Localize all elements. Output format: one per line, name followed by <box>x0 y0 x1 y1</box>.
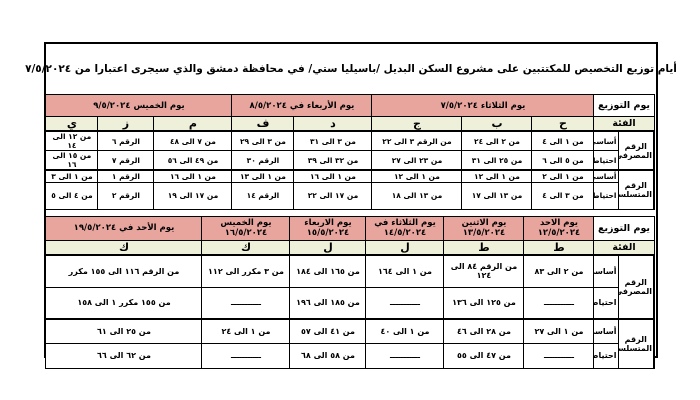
t1-bank-basic-1: من ٢ الى ٢٤ <box>462 131 532 151</box>
t2-category-4: ك <box>202 240 290 255</box>
t2-bank-basic-2: من ١ الى ١٦٤ <box>366 255 444 287</box>
t2-day-thursday: يوم الخميس ١٦/٥/٢٠٢٤ <box>202 216 290 240</box>
t1-bank-reserve-1: من ٢٥ الى ٣١ <box>462 151 532 171</box>
t1-bank-number-label: الرقم المصرفي <box>618 131 654 170</box>
t1-serial-basic-7: من ١ الى ٣ <box>46 170 98 182</box>
t1-serial-reserve-label: احتياط <box>594 182 618 209</box>
t1-day-wednesday: يوم الأربعاء في ٨/٥/٢٠٢٤ <box>232 95 372 117</box>
t2-category-3: ل <box>290 240 366 255</box>
t2-distribution-day-label: يوم التوزيع <box>594 216 654 240</box>
t1-bank-basic-7: من ١٢ الى ١٤ <box>46 131 98 151</box>
t2-day-monday: يوم الاثنين ١٣/٥/٢٠٢٤ <box>444 216 524 240</box>
t1-bank-basic-6: الرقم ٦ <box>98 131 154 151</box>
t2-bank-reserve-label: احتياط <box>594 287 618 319</box>
t2-category-row: الفئة ط ط ل ل ك ك <box>46 240 654 255</box>
t1-serial-basic-0: من ١ الى ٢ <box>532 170 594 182</box>
t2-serial-basic-5: من ٢٥ الى ٦١ <box>46 319 202 343</box>
scanned-document-page: أيام توزيع التخصيص للمكتتبين على مشروع ا… <box>0 0 700 400</box>
t1-bank-basic-0: من ١ الى ٤ <box>532 131 594 151</box>
t2-category-1: ط <box>444 240 524 255</box>
t2-serial-basic-4: من ١ الى ٢٤ <box>202 319 290 343</box>
t1-bank-reserve-4: الرقم ٣٠ <box>232 151 294 171</box>
t2-serial-reserve-3: من ٥٨ الى ٦٨ <box>290 343 366 368</box>
t1-bank-reserve-5: من ٤٩ الى ٥٦ <box>154 151 232 171</box>
t2-bank-number-label: الرقم المصرفي <box>618 255 654 319</box>
t1-serial-reserve-5: من ١٧ الى ١٩ <box>154 182 232 209</box>
t1-bank-reserve-7: من ١٥ الى ١٦ <box>46 151 98 171</box>
t1-serial-basic-5: من ١ الى ١٦ <box>154 170 232 182</box>
t2-serial-basic-label: أساسي <box>594 319 618 343</box>
page-title: أيام توزيع التخصيص للمكتتبين على مشروع ا… <box>46 44 656 94</box>
t2-serial-basic-1: من ٢٨ الى ٤٦ <box>444 319 524 343</box>
t2-bank-basic-3: من ١٦٥ الى ١٨٤ <box>290 255 366 287</box>
t2-serial-basic-3: من ٤١ الى ٥٧ <box>290 319 366 343</box>
t1-serial-basic-row: الرقم المتسلسل أساسي من ١ الى ٢ من ١ الى… <box>46 170 654 182</box>
t1-serial-basic-2: من ١ الى ١٢ <box>372 170 462 182</box>
t1-bank-reserve-2: من ٢٣ الى ٢٧ <box>372 151 462 171</box>
t2-bank-basic-5: من الرقم ١١٦ الى ١٥٥ مكرر <box>46 255 202 287</box>
t1-category-3: د <box>294 117 372 132</box>
t2-bank-reserve-row: احتياط ـــــــــــ من ١٢٥ الى ١٣٦ ــــــ… <box>46 287 654 319</box>
t1-serial-number-label: الرقم المتسلسل <box>618 170 654 209</box>
t1-serial-reserve-2: من ١٣ الى ١٨ <box>372 182 462 209</box>
distribution-table-week2: يوم التوزيع يوم الاحد ١٢/٥/٢٠٢٤ يوم الاث… <box>45 216 655 369</box>
t1-serial-basic-4: من ١ الى ١٣ <box>232 170 294 182</box>
t1-serial-reserve-7: من ٤ الى ٥ <box>46 182 98 209</box>
t2-bank-basic-row: الرقم المصرفي أساسي من ٢ الى ٨٣ من الرقم… <box>46 255 654 287</box>
t2-category-label: الفئة <box>594 240 654 255</box>
t2-category-5: ك <box>46 240 202 255</box>
t2-serial-basic-row: الرقم المتسلسل أساسي من ١ الى ٢٧ من ٢٨ ا… <box>46 319 654 343</box>
t2-bank-reserve-5: من ١٥٥ مكرر ١ الى ١٥٨ <box>46 287 202 319</box>
t2-serial-reserve-5: من ٦٢ الى ٦٦ <box>46 343 202 368</box>
t2-serial-reserve-1: من ٤٧ الى ٥٥ <box>444 343 524 368</box>
t2-serial-reserve-0: ـــــــــــ <box>524 343 594 368</box>
t2-day-tuesday: يوم الثلاثاء في ١٤/٥/٢٠٢٤ <box>366 216 444 240</box>
t1-serial-reserve-4: الرقم ١٤ <box>232 182 294 209</box>
t1-bank-reserve-0: من ٥ الى ٦ <box>532 151 594 171</box>
t1-bank-basic-4: من ٣ الى ٢٩ <box>232 131 294 151</box>
t2-serial-basic-0: من ١ الى ٢٧ <box>524 319 594 343</box>
t1-serial-reserve-1: من ١٣ الى ١٧ <box>462 182 532 209</box>
t1-category-label: الفئة <box>594 117 654 132</box>
t2-day-wednesday: يوم الاربعاء ١٥/٥/٢٠٢٤ <box>290 216 366 240</box>
t2-bank-basic-0: من ٢ الى ٨٣ <box>524 255 594 287</box>
t2-bank-basic-1: من الرقم ٨٤ الى ١٢٤ <box>444 255 524 287</box>
t1-bank-basic-row: الرقم المصرفي أساسي من ١ الى ٤ من ٢ الى … <box>46 131 654 151</box>
t1-category-4: ف <box>232 117 294 132</box>
t2-bank-basic-label: أساسي <box>594 255 618 287</box>
t1-bank-reserve-label: احتياط <box>594 151 618 171</box>
t1-serial-basic-label: أساسي <box>594 170 618 182</box>
t2-bank-reserve-2: ـــــــــــ <box>366 287 444 319</box>
t2-serial-reserve-2: ـــــــــــ <box>366 343 444 368</box>
t1-bank-basic-label: أساسي <box>594 131 618 151</box>
distribution-table-week1: يوم التوزيع يوم الثلاثاء ٧/٥/٢٠٢٤ يوم ال… <box>45 94 655 210</box>
t1-serial-basic-6: الرقم ١ <box>98 170 154 182</box>
t1-serial-basic-1: من ١ الى ١٢ <box>462 170 532 182</box>
t1-bank-basic-3: من ٣ الى ٣١ <box>294 131 372 151</box>
document-frame: أيام توزيع التخصيص للمكتتبين على مشروع ا… <box>44 42 658 358</box>
t1-serial-reserve-0: من ٣ الى ٤ <box>532 182 594 209</box>
t1-category-7: ي <box>46 117 98 132</box>
t1-serial-reserve-6: الرقم ٢ <box>98 182 154 209</box>
t1-serial-basic-3: من ١ الى ١٦ <box>294 170 372 182</box>
t2-serial-reserve-row: احتياط ـــــــــــ من ٤٧ الى ٥٥ ــــــــ… <box>46 343 654 368</box>
t1-serial-reserve-row: احتياط من ٣ الى ٤ من ١٣ الى ١٧ من ١٣ الى… <box>46 182 654 209</box>
t1-category-1: ب <box>462 117 532 132</box>
t1-category-0: ح <box>532 117 594 132</box>
t1-day-thursday: يوم الخميس ٩/٥/٢٠٢٤ <box>46 95 232 117</box>
t1-category-6: ز <box>98 117 154 132</box>
t2-serial-reserve-4: ـــــــــــ <box>202 343 290 368</box>
t2-category-0: ط <box>524 240 594 255</box>
t2-day-sunday12: يوم الاحد ١٢/٥/٢٠٢٤ <box>524 216 594 240</box>
t2-bank-basic-4: من ٣ مكرر الى ١١٢ <box>202 255 290 287</box>
t1-bank-basic-2: من الرقم ٣ الى ٢٢ <box>372 131 462 151</box>
t1-category-2: ج <box>372 117 462 132</box>
t1-serial-reserve-3: من ١٧ الى ٢٢ <box>294 182 372 209</box>
t1-distribution-day-label: يوم التوزيع <box>594 95 654 117</box>
t1-bank-reserve-3: من ٣٢ الى ٣٩ <box>294 151 372 171</box>
t2-day-sunday19: يوم الأحد في ١٩/٥/٢٠٢٤ <box>46 216 202 240</box>
t1-bank-reserve-6: الرقم ٧ <box>98 151 154 171</box>
t2-serial-reserve-label: احتياط <box>594 343 618 368</box>
t2-day-header-row: يوم التوزيع يوم الاحد ١٢/٥/٢٠٢٤ يوم الاث… <box>46 216 654 240</box>
t1-bank-basic-5: من ٧ الى ٤٨ <box>154 131 232 151</box>
t2-bank-reserve-0: ـــــــــــ <box>524 287 594 319</box>
t2-serial-basic-2: من ١ الى ٤٠ <box>366 319 444 343</box>
t2-category-2: ل <box>366 240 444 255</box>
t1-category-5: م <box>154 117 232 132</box>
t2-bank-reserve-1: من ١٢٥ الى ١٣٦ <box>444 287 524 319</box>
t2-bank-reserve-3: من ١٨٥ الى ١٩٦ <box>290 287 366 319</box>
t2-serial-number-label: الرقم المتسلسل <box>618 319 654 368</box>
t2-bank-reserve-4: ـــــــــــ <box>202 287 290 319</box>
t1-day-tuesday: يوم الثلاثاء ٧/٥/٢٠٢٤ <box>372 95 594 117</box>
t1-category-row: الفئة ح ب ج د ف م ز ي <box>46 117 654 132</box>
t1-day-header-row: يوم التوزيع يوم الثلاثاء ٧/٥/٢٠٢٤ يوم ال… <box>46 95 654 117</box>
t1-bank-reserve-row: احتياط من ٥ الى ٦ من ٢٥ الى ٣١ من ٢٣ الى… <box>46 151 654 171</box>
